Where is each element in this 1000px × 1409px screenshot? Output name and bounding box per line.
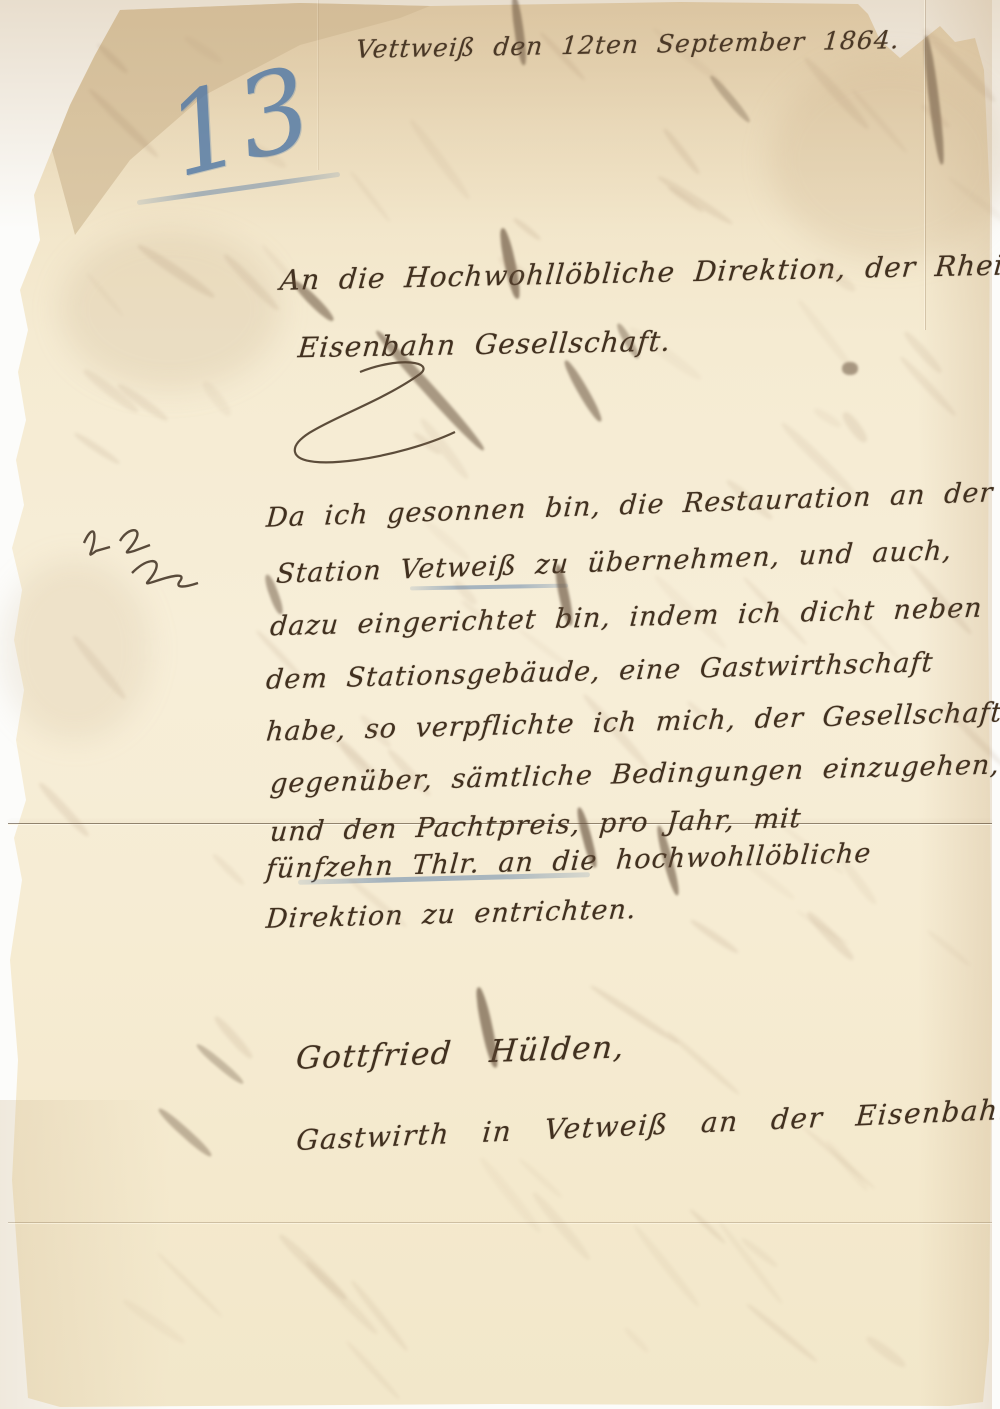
- recipient-line-2: Eisenbahn Gesellschaft.: [297, 325, 673, 365]
- scanned-letter-page: 13 Vettweiß den 12ten September 1864. An…: [0, 0, 1000, 1409]
- margin-annotation-scribble: [76, 515, 236, 615]
